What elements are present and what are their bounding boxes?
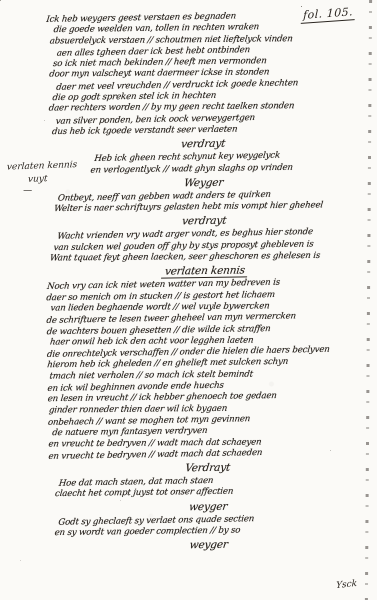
stanza: Godt sy gheclaeft sy verlaet ons quade s… — [49, 512, 367, 539]
catchword: Ysck — [336, 579, 357, 591]
stanza: Hoe dat mach staen, dat mach staenclaech… — [49, 474, 367, 501]
section-heading-text: verdrayt — [181, 215, 227, 228]
scan-noise — [0, 0, 1, 1]
manuscript-body: Ick heb weygers geest verstaen es begnad… — [42, 10, 368, 556]
section-heading-text: weyger — [188, 500, 228, 513]
section-heading: weyger — [49, 537, 369, 554]
section-heading-text: verdrayt — [180, 138, 226, 151]
section-heading-text: Verdrayt — [184, 462, 230, 475]
manuscript-page: fol. 105. verlaten kennis vuyt — Ick heb… — [0, 0, 377, 600]
section-heading-text: verlaten kennis — [161, 265, 249, 279]
section-heading-text: weyger — [189, 539, 229, 552]
stanza: Noch vry can ick niet weten watter van m… — [46, 277, 366, 462]
stanza: Ick heb weygers geest verstaen es begnad… — [42, 10, 362, 139]
stanza: Heb ick gheen recht schynut key weygelyc… — [44, 150, 362, 177]
section-heading-text: Weyger — [183, 177, 224, 190]
stanza: Ontbeyt, neeff van gebben wadt anders te… — [45, 189, 363, 216]
stanza: Wacht vrienden vry wadt arger vondt, es … — [45, 227, 363, 265]
